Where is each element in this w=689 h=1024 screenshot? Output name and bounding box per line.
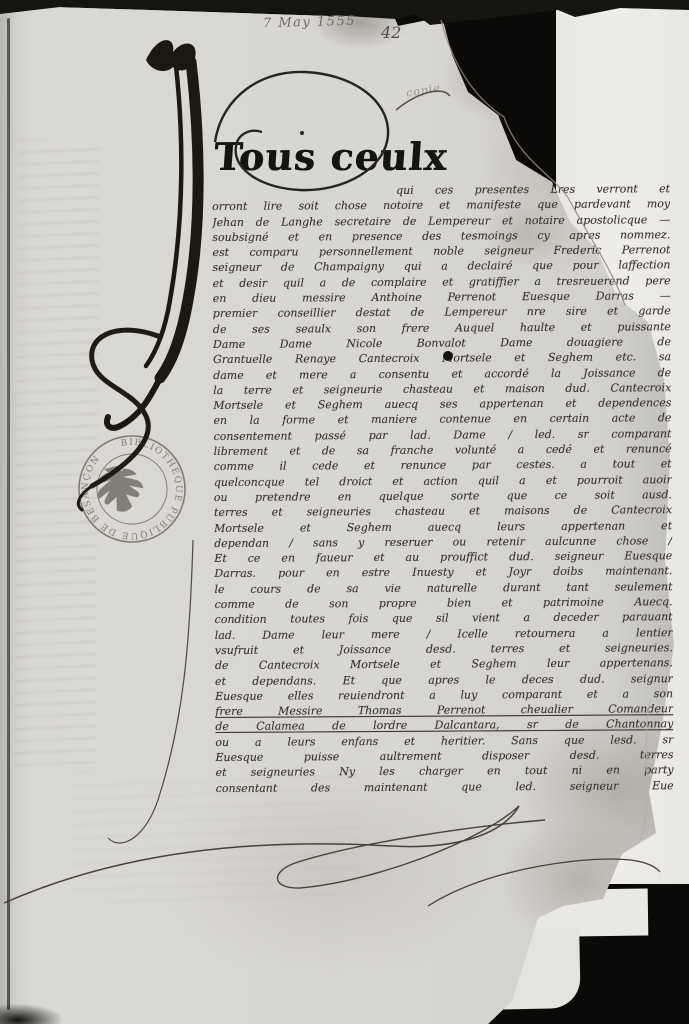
folio-number: 42 (381, 23, 401, 42)
manuscript-text: qui ces presentes Lres verront etorront … (212, 181, 674, 796)
manuscript-scan: 7 May 1555 42 copie Tous ceulx qui ces p… (0, 0, 689, 1024)
opening-words: Tous ceulx (212, 134, 449, 179)
manuscript-line: consentant des maintenant que led. seign… (216, 778, 674, 796)
bottom-left-shadow (0, 986, 80, 1024)
date-annotation: 7 May 1555 (263, 14, 356, 31)
binding-gutter-line (7, 18, 10, 1010)
